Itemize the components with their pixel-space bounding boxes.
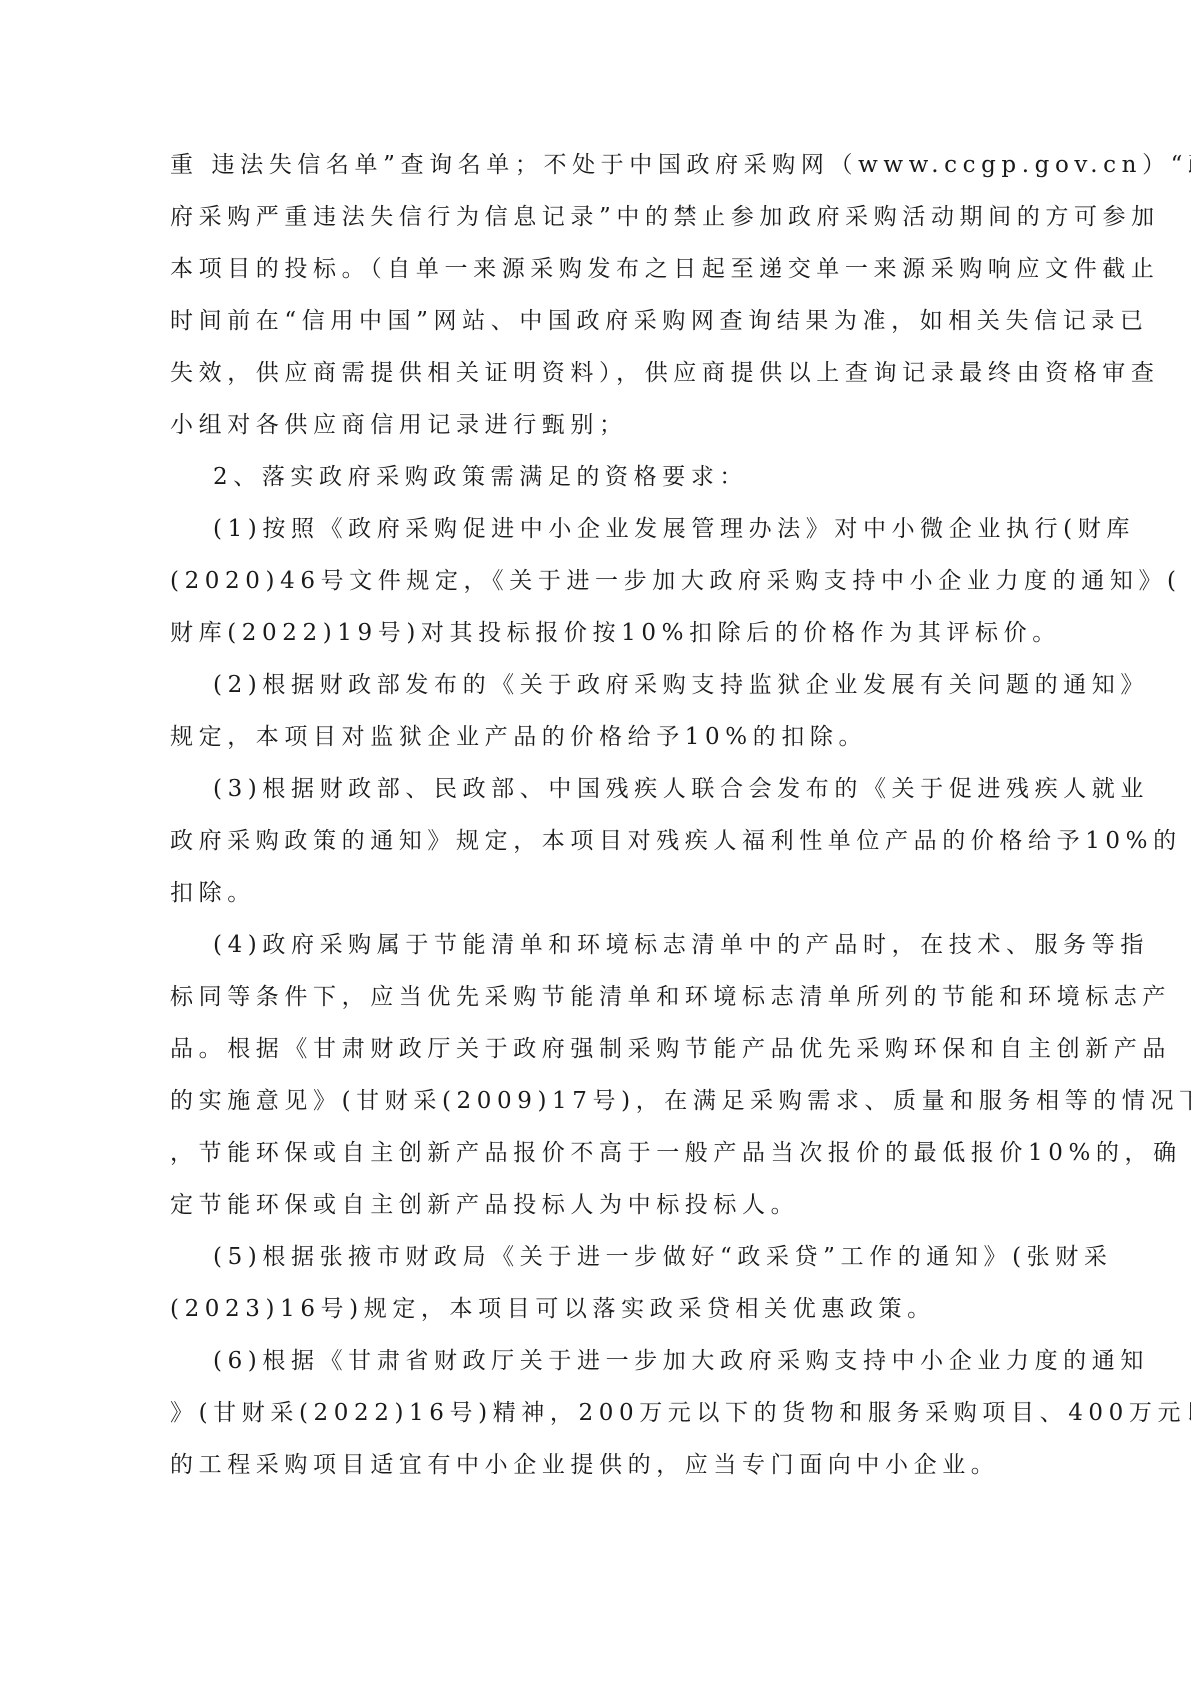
text-line: (3)根据财政部、民政部、中国残疾人联合会发布的《关于促进残疾人就业	[213, 769, 1016, 809]
text-line: 的实施意见》(甘财采(2009)17号)，在满足采购需求、质量和服务相等的情况下	[170, 1081, 1016, 1121]
text-line: 》(甘财采(2022)16号)精神，200万元以下的货物和服务采购项目、400万…	[170, 1393, 1016, 1433]
text-line: 品。根据《甘肃财政厅关于政府强制采购节能产品优先采购环保和自主创新产品	[170, 1029, 1016, 1069]
text-line: (2023)16号)规定，本项目可以落实政采贷相关优惠政策。	[170, 1289, 1016, 1329]
text-line: (1)按照《政府采购促进中小企业发展管理办法》对中小微企业执行(财库	[213, 509, 1016, 549]
text-line: 政府采购政策的通知》规定，本项目对残疾人福利性单位产品的价格给予10%的	[170, 821, 1016, 861]
text-line: 重 违法失信名单”查询名单；不处于中国政府采购网（www.ccgp.gov.cn…	[170, 145, 1016, 185]
text-line: (6)根据《甘肃省财政厅关于进一步加大政府采购支持中小企业力度的通知	[213, 1341, 1016, 1381]
text-line: 规定，本项目对监狱企业产品的价格给予10%的扣除。	[170, 717, 1016, 757]
text-line: 定节能环保或自主创新产品投标人为中标投标人。	[170, 1185, 1016, 1225]
text-line: (4)政府采购属于节能清单和环境标志清单中的产品时，在技术、服务等指	[213, 925, 1016, 965]
text-line: 的工程采购项目适宜有中小企业提供的，应当专门面向中小企业。	[170, 1445, 1016, 1485]
text-line: (2)根据财政部发布的《关于政府采购支持监狱企业发展有关问题的通知》	[213, 665, 1016, 705]
text-line: 本项目的投标。（自单一来源采购发布之日起至递交单一来源采购响应文件截止	[170, 249, 1016, 289]
text-line: (2020)46号文件规定，《关于进一步加大政府采购支持中小企业力度的通知》(	[170, 561, 1016, 601]
text-line: (5)根据张掖市财政局《关于进一步做好“政采贷”工作的通知》(张财采	[213, 1237, 1016, 1277]
text-line: 小组对各供应商信用记录进行甄别；	[170, 405, 1016, 445]
text-line: ，节能环保或自主创新产品报价不高于一般产品当次报价的最低报价10%的，确	[170, 1133, 1016, 1173]
text-line: 扣除。	[170, 873, 1016, 913]
document-page: 重 违法失信名单”查询名单；不处于中国政府采购网（www.ccgp.gov.cn…	[0, 0, 1191, 1684]
text-line: 标同等条件下，应当优先采购节能清单和环境标志清单所列的节能和环境标志产	[170, 977, 1016, 1017]
text-line: 2、落实政府采购政策需满足的资格要求：	[213, 457, 1016, 497]
text-line: 财库(2022)19号)对其投标报价按10%扣除后的价格作为其评标价。	[170, 613, 1016, 653]
text-line: 失效，供应商需提供相关证明资料），供应商提供以上查询记录最终由资格审查	[170, 353, 1016, 393]
text-line: 府采购严重违法失信行为信息记录”中的禁止参加政府采购活动期间的方可参加	[170, 197, 1016, 237]
text-line: 时间前在“信用中国”网站、中国政府采购网查询结果为准，如相关失信记录已	[170, 301, 1016, 341]
